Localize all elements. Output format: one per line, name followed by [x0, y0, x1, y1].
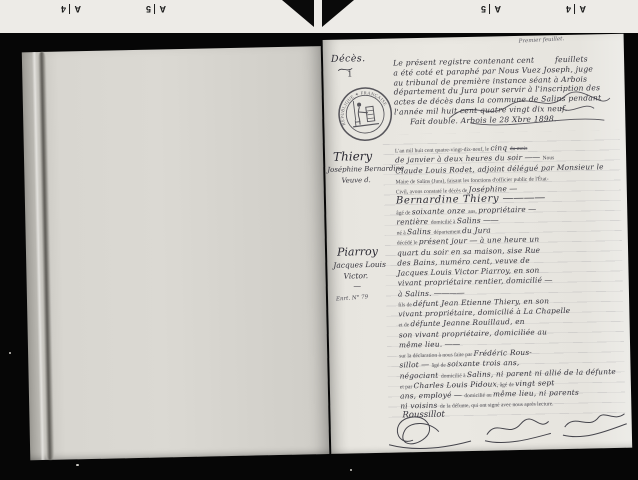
corner-note: Premier feuillet.: [519, 36, 565, 45]
film-frame-mark: A 4: [60, 4, 81, 14]
republique-francaise-seal-stamp: RÉPUBLIQUE ✶ FRANÇAISE: [333, 82, 398, 147]
film-frame-mark: A 5: [480, 4, 501, 14]
margin-deceased-status: Veuve d.: [341, 176, 370, 185]
opening-block: Le présent registre contenant cent feuil…: [393, 54, 616, 127]
margin-spouse-given-names: Victor.: [343, 271, 368, 281]
film-notch-triangle: [322, 0, 354, 27]
dust-speck: [76, 464, 79, 466]
act-number: 1: [347, 69, 352, 78]
dust-speck: [9, 352, 11, 354]
register-book-spread: Premier feuillet. Décès. 1 RÉPUBLIQUE ✶ …: [22, 34, 635, 467]
film-mark-digit: 5: [145, 4, 151, 14]
film-notch-triangle: [282, 0, 314, 27]
act-block: L'an mil huit cent quatre-vingt-dix-neuf…: [395, 133, 627, 404]
film-mark-digit: 5: [480, 4, 486, 14]
margin-registry-note: Enrt. N° 79: [336, 294, 369, 302]
margin-separator: ―: [354, 282, 361, 290]
film-mark-tick: [489, 4, 491, 14]
margin-column: Décès. 1 RÉPUBLIQUE ✶ FRANÇAISE: [323, 39, 402, 454]
film-mark-digit: 4: [565, 4, 571, 14]
film-mark-letter: A: [494, 4, 502, 14]
film-mark-letter: A: [579, 4, 587, 14]
film-mark-digit: 4: [60, 4, 66, 14]
film-strip: A 4 A 5 A 5 A 4: [0, 0, 638, 33]
margin-deceased-surname: Thiery: [333, 149, 372, 164]
seated-figure-emblem: [350, 98, 379, 127]
deces-header: Décès.: [331, 53, 366, 65]
film-mark-tick: [69, 4, 71, 14]
dust-speck: [350, 469, 352, 471]
witness-signature-name: Roussillot: [402, 410, 445, 421]
film-mark-letter: A: [159, 4, 167, 14]
film-mark-tick: [154, 4, 156, 14]
margin-spouse-given-names: Jacques Louis: [333, 260, 386, 270]
film-frame-mark: A 4: [565, 4, 586, 14]
film-mark-letter: A: [74, 4, 82, 14]
film-frame-mark: A 5: [145, 4, 166, 14]
margin-deceased-given-names: Joséphine Bernardine: [327, 164, 404, 174]
film-mark-tick: [574, 4, 576, 14]
microfilm-scan: A 4 A 5 A 5 A 4 Premier feuill: [0, 0, 638, 480]
register-right-page: Premier feuillet. Décès. 1 RÉPUBLIQUE ✶ …: [323, 34, 633, 454]
blank-left-page: [22, 46, 329, 460]
margin-spouse-surname: Piarroy: [337, 245, 378, 259]
